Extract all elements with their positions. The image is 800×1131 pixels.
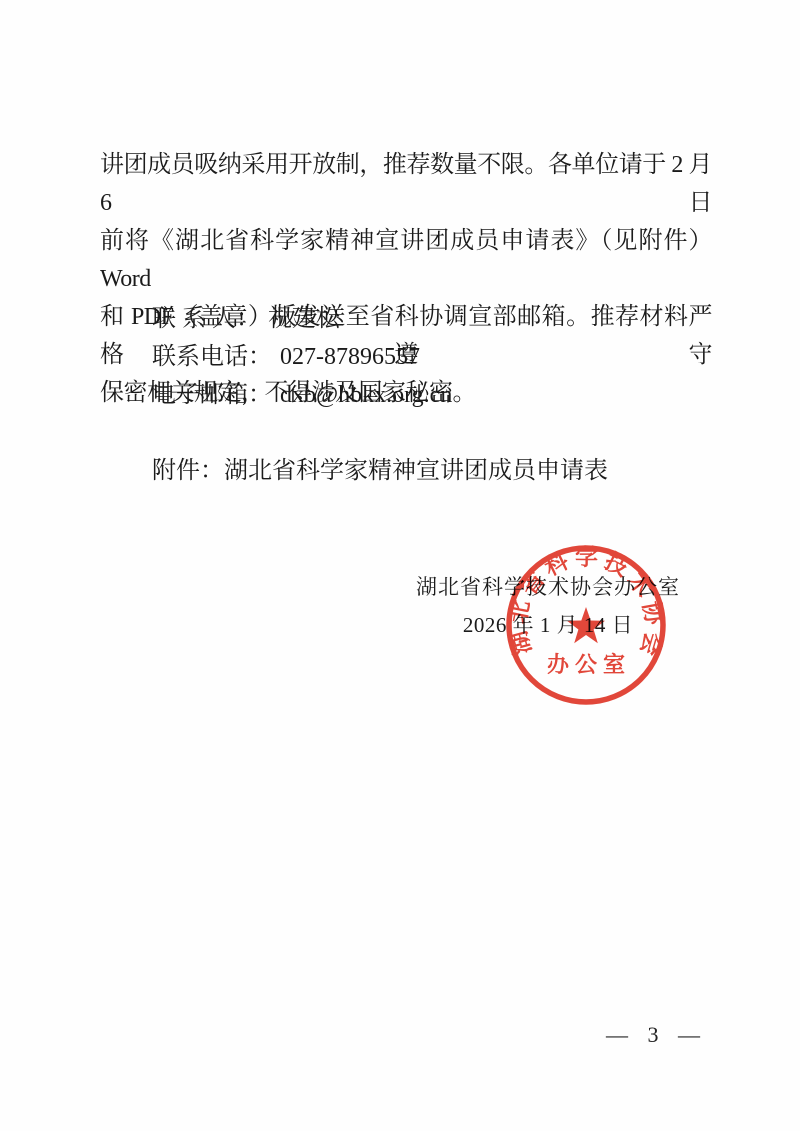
contact-email-value: dxb@hbkx.org.cn	[280, 382, 452, 408]
contact-phone-value: 027-87896557	[280, 344, 420, 370]
contact-email-label: 电子邮箱：	[152, 382, 272, 408]
page-number: — 3 —	[606, 1022, 700, 1048]
contact-person-label: 联 系 人：	[152, 306, 260, 332]
signature-date: 2026 年 1 月 14 日	[416, 612, 680, 638]
contact-phone-line: 联系电话：027-87896557	[152, 338, 452, 376]
contact-person-value: 祝建松	[268, 306, 340, 332]
paragraph-line: 讲团成员吸纳采用开放制，推荐数量不限。各单位请于 2 月 6 日	[100, 146, 712, 222]
contact-phone-label: 联系电话：	[152, 344, 272, 370]
signature-organization: 湖北省科学技术协会办公室	[416, 574, 680, 600]
paragraph-line: 前将《湖北省科学家精神宣讲团成员申请表》（见附件）Word	[100, 222, 712, 298]
contact-block: 联 系 人：祝建松 联系电话：027-87896557 电子邮箱：dxb@hbk…	[152, 300, 452, 414]
attachment-line: 附件：湖北省科学家精神宣讲团成员申请表	[152, 452, 608, 490]
seal-office-text: 办公室	[547, 652, 631, 677]
signature-block: 湖北省科学技术协会办公室 2026 年 1 月 14 日	[416, 574, 680, 638]
document-page: 讲团成员吸纳采用开放制，推荐数量不限。各单位请于 2 月 6 日 前将《湖北省科…	[0, 0, 800, 1131]
contact-email-line: 电子邮箱：dxb@hbkx.org.cn	[152, 376, 452, 414]
contact-person-line: 联 系 人：祝建松	[152, 300, 452, 338]
